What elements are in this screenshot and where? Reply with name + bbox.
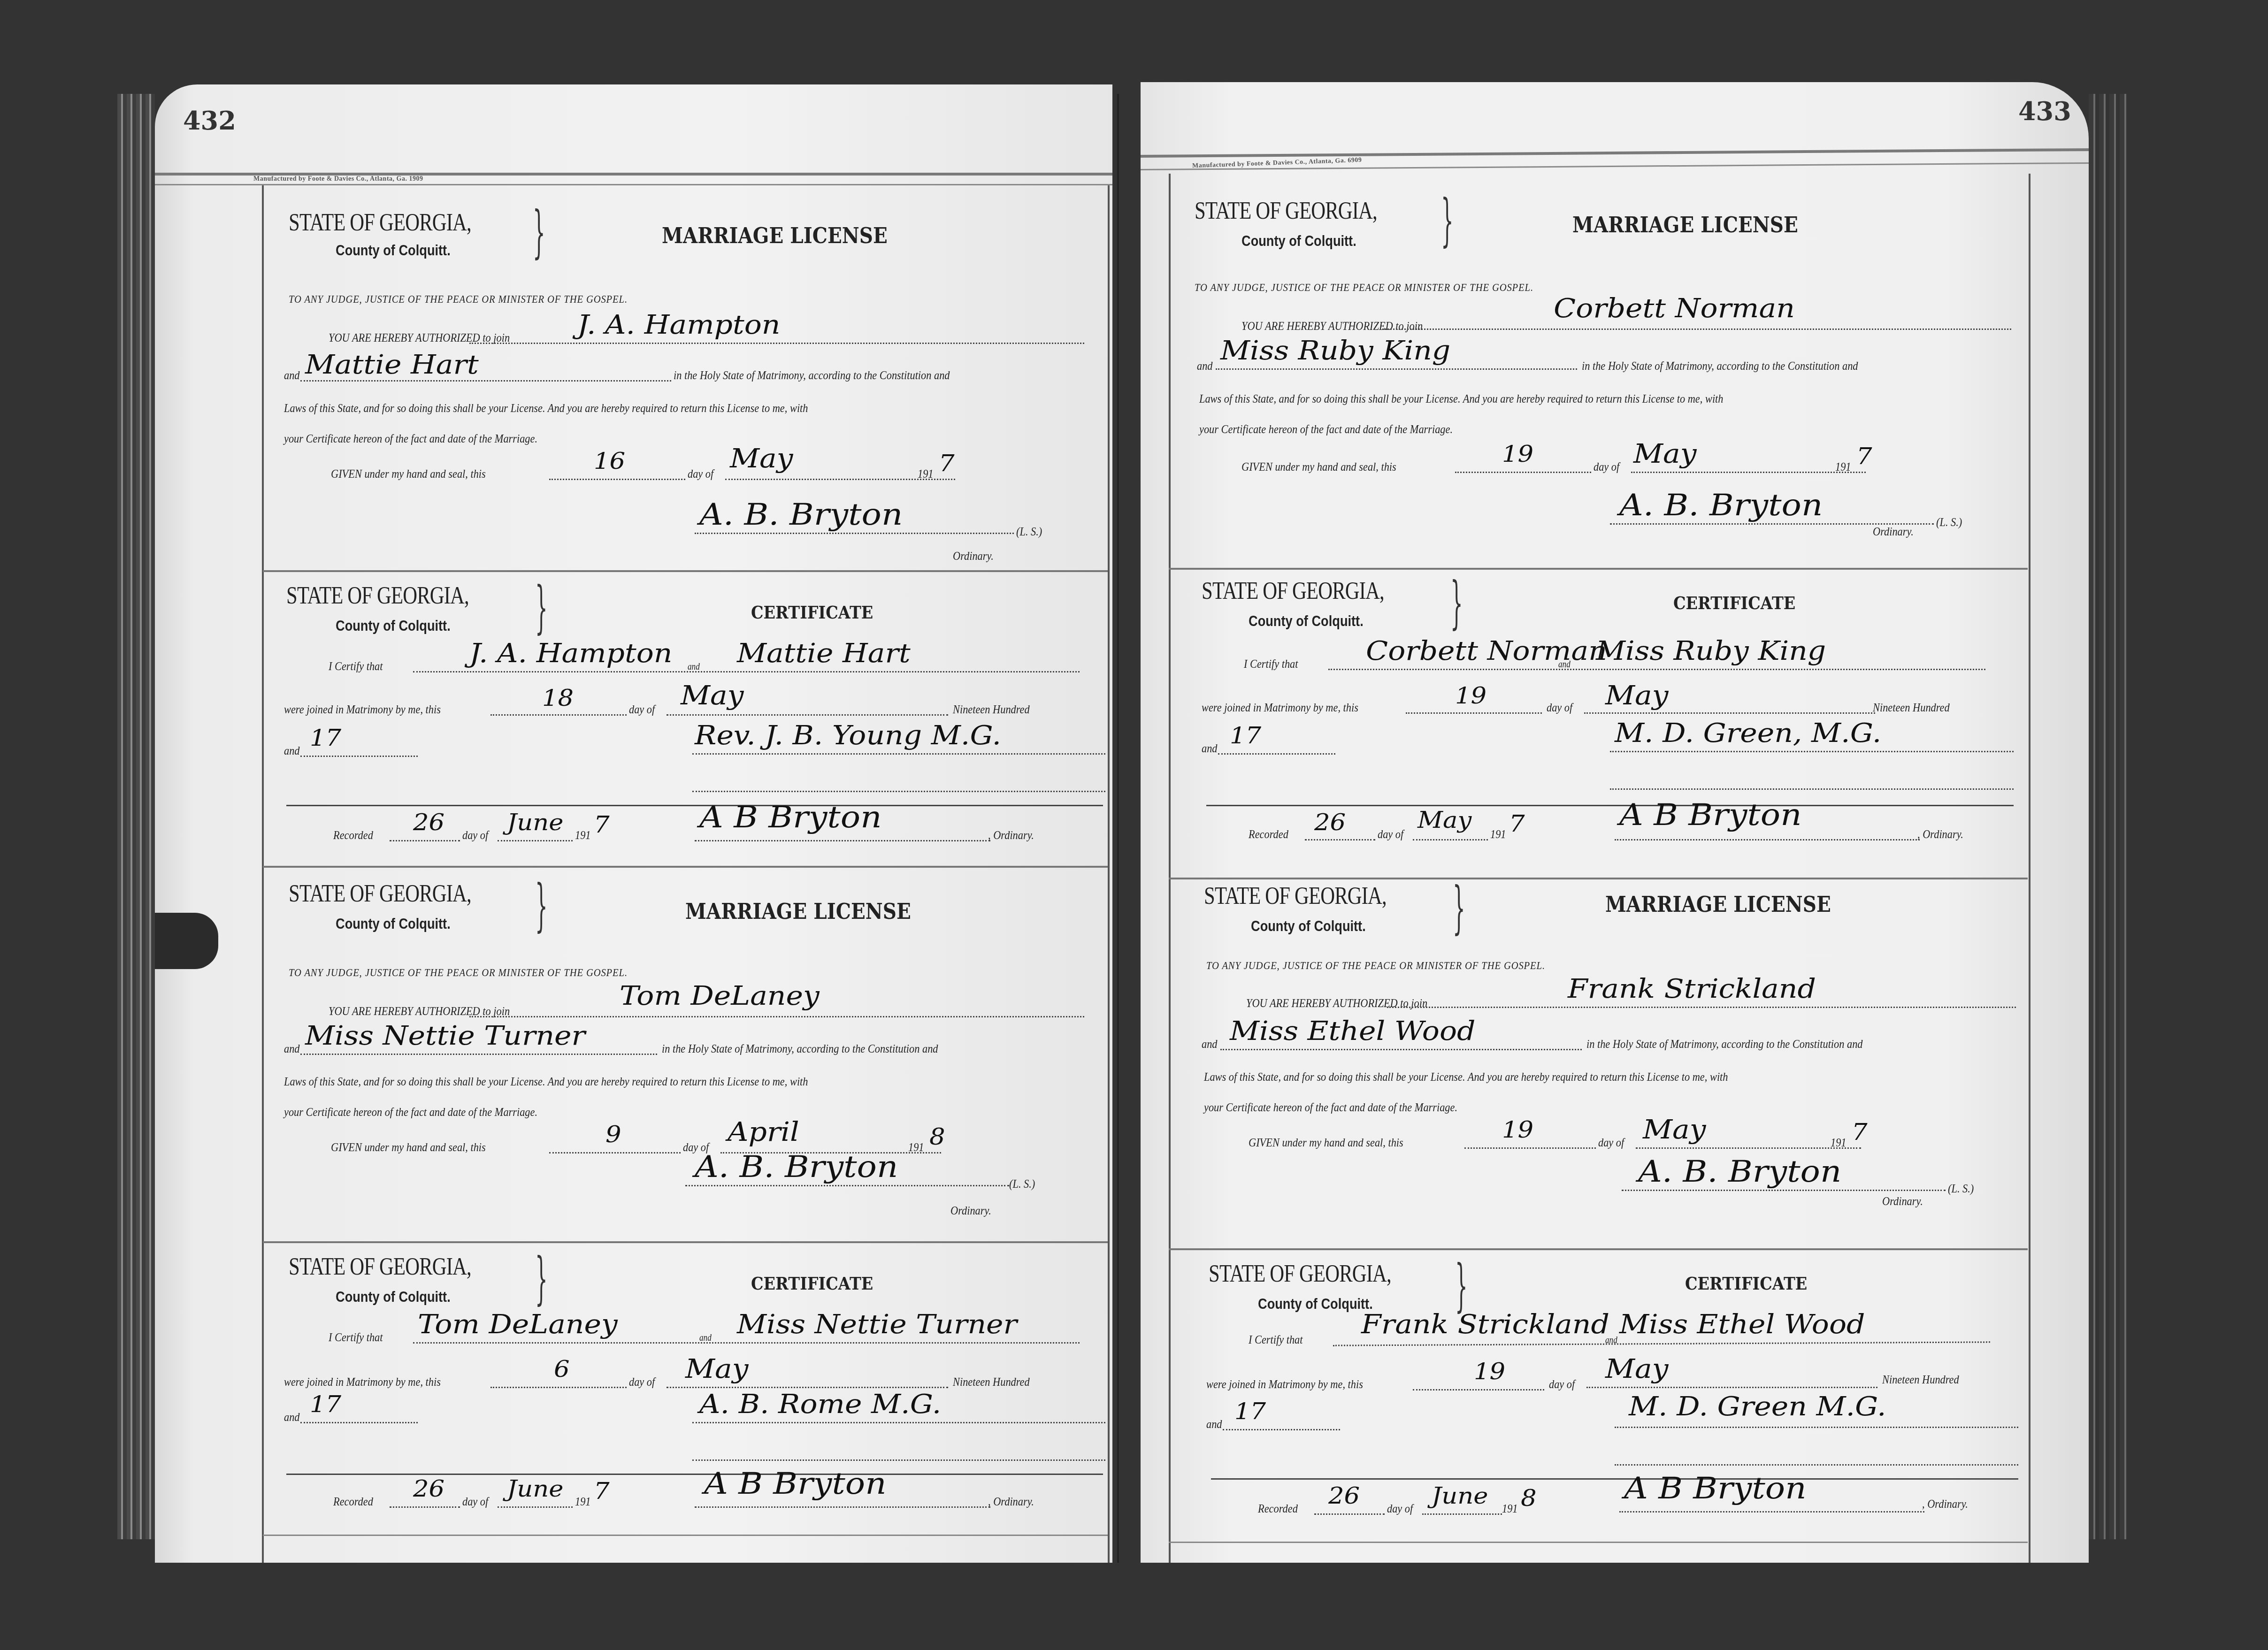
- laws-text: Laws of this State, and for so doing thi…: [284, 401, 808, 415]
- right-margin-line: [1169, 174, 1171, 1563]
- officiant-line: [692, 1422, 1105, 1423]
- certificate-title: CERTIFICATE: [751, 602, 873, 623]
- year-line: [300, 756, 418, 757]
- your-certificate-text: your Certificate hereon of the fact and …: [284, 432, 537, 446]
- recorder-line: [695, 840, 990, 841]
- names-line: [413, 671, 1080, 672]
- brace-icon: }: [1450, 575, 1463, 631]
- recorded-day: 26: [413, 1476, 444, 1502]
- and-text: and: [1202, 1037, 1218, 1051]
- year-prefix: 191: [575, 828, 591, 842]
- section-divider: [263, 866, 1108, 868]
- joined-day-line: [1413, 1389, 1544, 1390]
- ordinary-label: Ordinary.: [1882, 1194, 1923, 1208]
- joined-day: 6: [554, 1356, 570, 1383]
- county-heading: County of Colquitt.: [1241, 232, 1356, 250]
- and-text: and: [284, 1410, 300, 1424]
- given-year: 7: [1856, 443, 1872, 470]
- year-prefix: 191: [1490, 827, 1506, 841]
- and-text: and: [1605, 1335, 1617, 1346]
- state-heading: STATE OF GEORGIA,: [286, 582, 469, 610]
- officiant-signature: M. D. Green, M.G.: [1615, 718, 1881, 749]
- section-divider: [1169, 878, 2028, 879]
- and-text: and: [688, 662, 700, 672]
- cert-bride: Mattie Hart: [737, 638, 911, 669]
- ordinary-label: , Ordinary.: [1922, 1497, 1968, 1511]
- officiant-line-2: [1615, 1464, 2018, 1466]
- recorded-separator: [286, 805, 1103, 806]
- header-rule-left-lower: [155, 184, 1112, 185]
- year-prefix: 191: [575, 1495, 591, 1509]
- year-prefix: 191: [1835, 460, 1851, 474]
- and-text: and: [1197, 359, 1213, 373]
- day-of-text: day of: [1378, 827, 1403, 841]
- bride-name: Miss Ruby King: [1220, 336, 1450, 366]
- cert-year: 17: [1230, 723, 1261, 749]
- recorder-signature: A B Bryton: [699, 800, 882, 835]
- recorded-month: May: [1417, 807, 1471, 833]
- section-divider: [263, 1241, 1108, 1243]
- given-month: May: [730, 443, 793, 474]
- ordinary-label: Ordinary.: [1873, 525, 1914, 539]
- county-heading: County of Colquitt.: [1251, 917, 1366, 935]
- year-prefix: 191: [1502, 1502, 1518, 1516]
- bride-line: [300, 1054, 657, 1055]
- were-joined-text: were joined in Matrimony by me, this: [1202, 701, 1358, 715]
- given-day: 16: [594, 448, 625, 474]
- brace-icon: }: [535, 580, 548, 636]
- day-of-text: day of: [462, 828, 488, 842]
- to-any-judge-text: TO ANY JUDGE, JUSTICE OF THE PEACE OR MI…: [1206, 960, 1545, 972]
- recorded-day-line: [390, 840, 460, 841]
- cert-year: 17: [310, 1391, 341, 1418]
- signature-line: [1622, 1190, 1946, 1191]
- joined-month: May: [1605, 1354, 1669, 1384]
- recorder-line: [695, 1506, 990, 1508]
- county-heading: County of Colquitt.: [336, 617, 451, 634]
- county-heading: County of Colquitt.: [1258, 1295, 1373, 1313]
- left-page: [155, 84, 1112, 1563]
- state-heading: STATE OF GEORGIA,: [1195, 197, 1377, 225]
- were-joined-text: were joined in Matrimony by me, this: [284, 703, 441, 717]
- ordinary-signature: A. B. Bryton: [699, 497, 903, 532]
- joined-month: May: [681, 680, 744, 711]
- bride-line: [300, 380, 671, 382]
- right-page-right-line: [2029, 174, 2030, 1563]
- recorded-month-line: [498, 1506, 573, 1508]
- and-text: and: [1202, 741, 1218, 756]
- license-title: MARRIAGE LICENSE: [1605, 892, 1831, 917]
- day-of-text: day of: [1549, 1377, 1575, 1391]
- day-of-text: day of: [688, 467, 713, 481]
- state-heading: STATE OF GEORGIA,: [289, 1253, 471, 1281]
- authorized-text: YOU ARE HEREBY AUTHORIZED to join: [1241, 319, 1423, 333]
- and-text: and: [284, 744, 300, 758]
- ordinary-signature: A. B. Bryton: [695, 1150, 898, 1184]
- page-number-left: 432: [183, 106, 236, 136]
- left-page-right-line: [1108, 185, 1110, 1563]
- day-of-text: day of: [462, 1495, 488, 1509]
- cert-groom: Tom DeLaney: [418, 1309, 618, 1340]
- recorded-separator: [1211, 1478, 2018, 1480]
- recorder-signature: A B Bryton: [1619, 798, 1802, 833]
- i-certify-text: I Certify that: [1244, 657, 1298, 671]
- recorded-text: Recorded: [1258, 1502, 1298, 1516]
- recorded-year: 8: [1521, 1485, 1537, 1512]
- year-prefix: 191: [918, 467, 934, 481]
- given-text: GIVEN under my hand and seal, this: [1241, 460, 1396, 474]
- left-margin-line: [262, 185, 264, 1563]
- ls-text: (L. S.): [1948, 1182, 1974, 1196]
- officiant-line-2: [1610, 788, 2014, 790]
- laws-text: Laws of this State, and for so doing thi…: [1204, 1070, 1728, 1084]
- given-day: 19: [1502, 1117, 1533, 1143]
- joined-month: May: [1605, 680, 1669, 711]
- year-prefix: 191: [908, 1140, 924, 1154]
- day-of-text: day of: [1547, 701, 1572, 715]
- i-certify-text: I Certify that: [1249, 1333, 1303, 1347]
- laws-text: Laws of this State, and for so doing thi…: [284, 1075, 808, 1089]
- recorded-text: Recorded: [1249, 827, 1288, 841]
- county-heading: County of Colquitt.: [1249, 612, 1364, 630]
- joined-month: May: [685, 1354, 749, 1384]
- county-heading: County of Colquitt.: [336, 915, 451, 932]
- holy-state-text: in the Holy State of Matrimony, accordin…: [674, 368, 950, 382]
- i-certify-text: I Certify that: [329, 659, 383, 673]
- and-text: and: [284, 1042, 300, 1056]
- cert-groom: J. A. Hampton: [469, 638, 673, 669]
- given-year: 7: [1852, 1119, 1868, 1146]
- certificate-title: CERTIFICATE: [1673, 592, 1795, 613]
- ordinary-label: Ordinary.: [950, 1204, 991, 1218]
- bride-name: Miss Nettie Turner: [305, 1021, 585, 1051]
- and-text: and: [699, 1333, 712, 1344]
- recorded-day-line: [390, 1506, 460, 1508]
- groom-name: Frank Strickland: [1568, 974, 1816, 1004]
- bottom-rule: [1169, 1542, 2028, 1543]
- nineteen-hundred-text: Nineteen Hundred: [1873, 701, 1950, 715]
- certificate-title: CERTIFICATE: [1685, 1273, 1807, 1294]
- authorized-text: YOU ARE HEREBY AUTHORIZED to join: [1246, 996, 1427, 1010]
- given-text: GIVEN under my hand and seal, this: [331, 467, 486, 481]
- recorded-month: June: [507, 810, 563, 836]
- names-line: [413, 1342, 1080, 1344]
- county-heading: County of Colquitt.: [336, 242, 451, 259]
- bride-line: [1216, 368, 1577, 370]
- section-divider: [1169, 1248, 2028, 1250]
- recorded-separator: [1206, 805, 2014, 806]
- ordinary-label: , Ordinary.: [1917, 827, 1963, 841]
- given-day-line: [1455, 472, 1591, 473]
- were-joined-text: were joined in Matrimony by me, this: [284, 1375, 441, 1389]
- brace-icon: }: [535, 878, 548, 934]
- license-title: MARRIAGE LICENSE: [685, 899, 911, 924]
- officiant-line: [692, 753, 1105, 755]
- state-heading: STATE OF GEORGIA,: [1202, 577, 1384, 605]
- given-month: May: [1633, 439, 1697, 469]
- recorder-line: [1615, 839, 1920, 840]
- signature-line: [695, 533, 1014, 534]
- holy-state-text: in the Holy State of Matrimony, accordin…: [1586, 1037, 1863, 1051]
- given-year: 7: [939, 451, 955, 477]
- recorded-year: 7: [1509, 811, 1525, 837]
- year-line: [300, 1422, 418, 1423]
- holy-state-text: in the Holy State of Matrimony, accordin…: [1582, 359, 1858, 373]
- groom-name: Corbett Norman: [1554, 293, 1795, 324]
- right-page-edges: [2089, 94, 2126, 1539]
- county-heading: County of Colquitt.: [336, 1288, 451, 1306]
- joined-day-line: [490, 1387, 627, 1388]
- license-title: MARRIAGE LICENSE: [1572, 212, 1798, 237]
- ordinary-signature: A. B. Bryton: [1638, 1154, 1841, 1189]
- given-day-line: [1464, 1147, 1596, 1149]
- given-day: 19: [1502, 441, 1533, 467]
- brace-icon: }: [533, 204, 545, 260]
- cert-groom: Corbett Norman: [1366, 636, 1607, 666]
- recorded-month-line: [1413, 839, 1488, 840]
- state-heading: STATE OF GEORGIA,: [289, 880, 471, 908]
- given-day-line: [549, 1152, 681, 1153]
- bottom-background: [0, 1563, 2268, 1650]
- recorded-separator: [286, 1474, 1103, 1475]
- manufacturer-imprint-left: Manufactured by Foote & Davies Co., Atla…: [253, 176, 423, 183]
- recorder-signature: A B Bryton: [1624, 1471, 1807, 1506]
- joined-month-line: [1586, 1387, 1877, 1388]
- ordinary-label: Ordinary.: [953, 549, 994, 563]
- and-text: and: [1206, 1417, 1222, 1431]
- recorded-year: 7: [594, 812, 610, 838]
- officiant-signature: A. B. Rome M.G.: [699, 1389, 941, 1420]
- section-divider: [263, 570, 1108, 572]
- i-certify-text: I Certify that: [329, 1330, 383, 1344]
- nineteen-hundred-text: Nineteen Hundred: [953, 703, 1030, 717]
- recorded-text: Recorded: [333, 828, 373, 842]
- brace-icon: }: [1441, 192, 1454, 249]
- groom-line: [1387, 1007, 2016, 1008]
- ls-text: (L. S.): [1936, 515, 1962, 529]
- cert-year: 17: [310, 725, 341, 751]
- brace-icon: }: [1453, 880, 1465, 936]
- officiant-signature: Rev. J. B. Young M.G.: [695, 720, 1001, 751]
- given-month-line: [1631, 472, 1866, 473]
- officiant-line-2: [692, 791, 1105, 792]
- recorded-day: 26: [1314, 810, 1346, 836]
- officiant-line: [1615, 1427, 2018, 1428]
- recorded-day: 26: [1328, 1483, 1360, 1509]
- state-heading: STATE OF GEORGIA,: [1209, 1260, 1391, 1288]
- ordinary-label: , Ordinary.: [988, 828, 1034, 842]
- joined-day: 19: [1455, 683, 1486, 709]
- recorded-year: 7: [594, 1478, 610, 1505]
- license-title: MARRIAGE LICENSE: [662, 223, 888, 248]
- your-certificate-text: your Certificate hereon of the fact and …: [1204, 1100, 1457, 1115]
- and-text: and: [284, 368, 300, 382]
- year-line: [1218, 753, 1335, 755]
- to-any-judge-text: TO ANY JUDGE, JUSTICE OF THE PEACE OR MI…: [289, 967, 628, 979]
- left-page-edges: [117, 94, 155, 1539]
- given-month: April: [728, 1117, 799, 1147]
- brace-icon: }: [1455, 1258, 1468, 1314]
- recorded-day-line: [1305, 839, 1375, 840]
- certificate-title: CERTIFICATE: [751, 1273, 873, 1294]
- year-prefix: 191: [1831, 1136, 1847, 1150]
- joined-day-line: [1406, 712, 1542, 714]
- index-tab[interactable]: [155, 913, 218, 969]
- nineteen-hundred-text: Nineteen Hundred: [1882, 1373, 1959, 1387]
- to-any-judge-text: TO ANY JUDGE, JUSTICE OF THE PEACE OR MI…: [1195, 282, 1533, 294]
- joined-month-line: [1584, 712, 1875, 714]
- recorded-day: 26: [413, 810, 444, 836]
- groom-name: J. A. Hampton: [577, 310, 781, 340]
- laws-text: Laws of this State, and for so doing thi…: [1199, 392, 1723, 406]
- day-of-text: day of: [1594, 460, 1619, 474]
- day-of-text: day of: [1598, 1136, 1624, 1150]
- year-line: [1223, 1429, 1340, 1430]
- recorded-day-line: [1314, 1513, 1385, 1515]
- recorder-line: [1619, 1511, 1924, 1512]
- bride-name: Miss Ethel Wood: [1230, 1016, 1475, 1047]
- recorded-month-line: [1422, 1513, 1502, 1515]
- groom-line: [469, 1016, 1084, 1017]
- groom-line: [1382, 328, 2011, 330]
- your-certificate-text: your Certificate hereon of the fact and …: [1199, 422, 1453, 436]
- given-day: 9: [605, 1122, 621, 1148]
- bride-name: Mattie Hart: [305, 350, 479, 380]
- bottom-rule: [263, 1535, 1108, 1536]
- cert-groom: Frank Strickland: [1361, 1309, 1609, 1340]
- and-text: and: [1558, 659, 1571, 670]
- cert-bride: Miss Ethel Wood: [1619, 1309, 1865, 1340]
- officiant-signature: M. D. Green M.G.: [1629, 1391, 1886, 1422]
- signature-line: [685, 1185, 1009, 1186]
- brace-icon: }: [535, 1251, 548, 1307]
- given-day-line: [549, 479, 685, 480]
- bride-line: [1220, 1049, 1582, 1050]
- ls-text: (L. S.): [1016, 525, 1042, 539]
- recorded-month-line: [498, 840, 573, 841]
- given-text: GIVEN under my hand and seal, this: [1249, 1136, 1403, 1150]
- state-heading: STATE OF GEORGIA,: [289, 209, 471, 237]
- joined-month-line: [667, 714, 948, 716]
- nineteen-hundred-text: Nineteen Hundred: [953, 1375, 1030, 1389]
- joined-day: 18: [542, 685, 574, 711]
- groom-name: Tom DeLaney: [620, 981, 820, 1011]
- given-month-line: [1636, 1147, 1861, 1149]
- recorded-month: June: [1432, 1483, 1488, 1509]
- were-joined-text: were joined in Matrimony by me, this: [1206, 1377, 1363, 1391]
- gutter-line: [1117, 94, 1119, 1563]
- recorder-signature: A B Bryton: [704, 1467, 887, 1501]
- officiant-line: [1610, 751, 2014, 752]
- day-of-text: day of: [629, 703, 655, 717]
- joined-month-line: [667, 1387, 948, 1388]
- officiant-line-2: [692, 1459, 1105, 1461]
- recorded-month: June: [507, 1476, 563, 1502]
- given-year: 8: [929, 1124, 945, 1150]
- joined-day-line: [490, 714, 627, 716]
- groom-line: [469, 343, 1084, 344]
- ls-text: (L. S.): [1009, 1177, 1035, 1191]
- cert-year: 17: [1234, 1398, 1266, 1425]
- page-number-right: 433: [2018, 96, 2071, 126]
- cert-bride: Miss Ruby King: [1596, 636, 1826, 666]
- to-any-judge-text: TO ANY JUDGE, JUSTICE OF THE PEACE OR MI…: [289, 293, 628, 306]
- given-month: May: [1643, 1115, 1706, 1145]
- ordinary-label: , Ordinary.: [988, 1495, 1034, 1509]
- section-divider: [1169, 568, 2028, 570]
- your-certificate-text: your Certificate hereon of the fact and …: [284, 1105, 537, 1119]
- ordinary-signature: A. B. Bryton: [1619, 488, 1823, 523]
- given-text: GIVEN under my hand and seal, this: [331, 1140, 486, 1154]
- state-heading: STATE OF GEORGIA,: [1204, 882, 1387, 910]
- holy-state-text: in the Holy State of Matrimony, accordin…: [662, 1042, 938, 1056]
- recorded-text: Recorded: [333, 1495, 373, 1509]
- names-line: [1328, 669, 1985, 670]
- cert-bride: Miss Nettie Turner: [737, 1309, 1017, 1340]
- day-of-text: day of: [1387, 1502, 1413, 1516]
- joined-day: 19: [1474, 1359, 1505, 1385]
- day-of-text: day of: [629, 1375, 655, 1389]
